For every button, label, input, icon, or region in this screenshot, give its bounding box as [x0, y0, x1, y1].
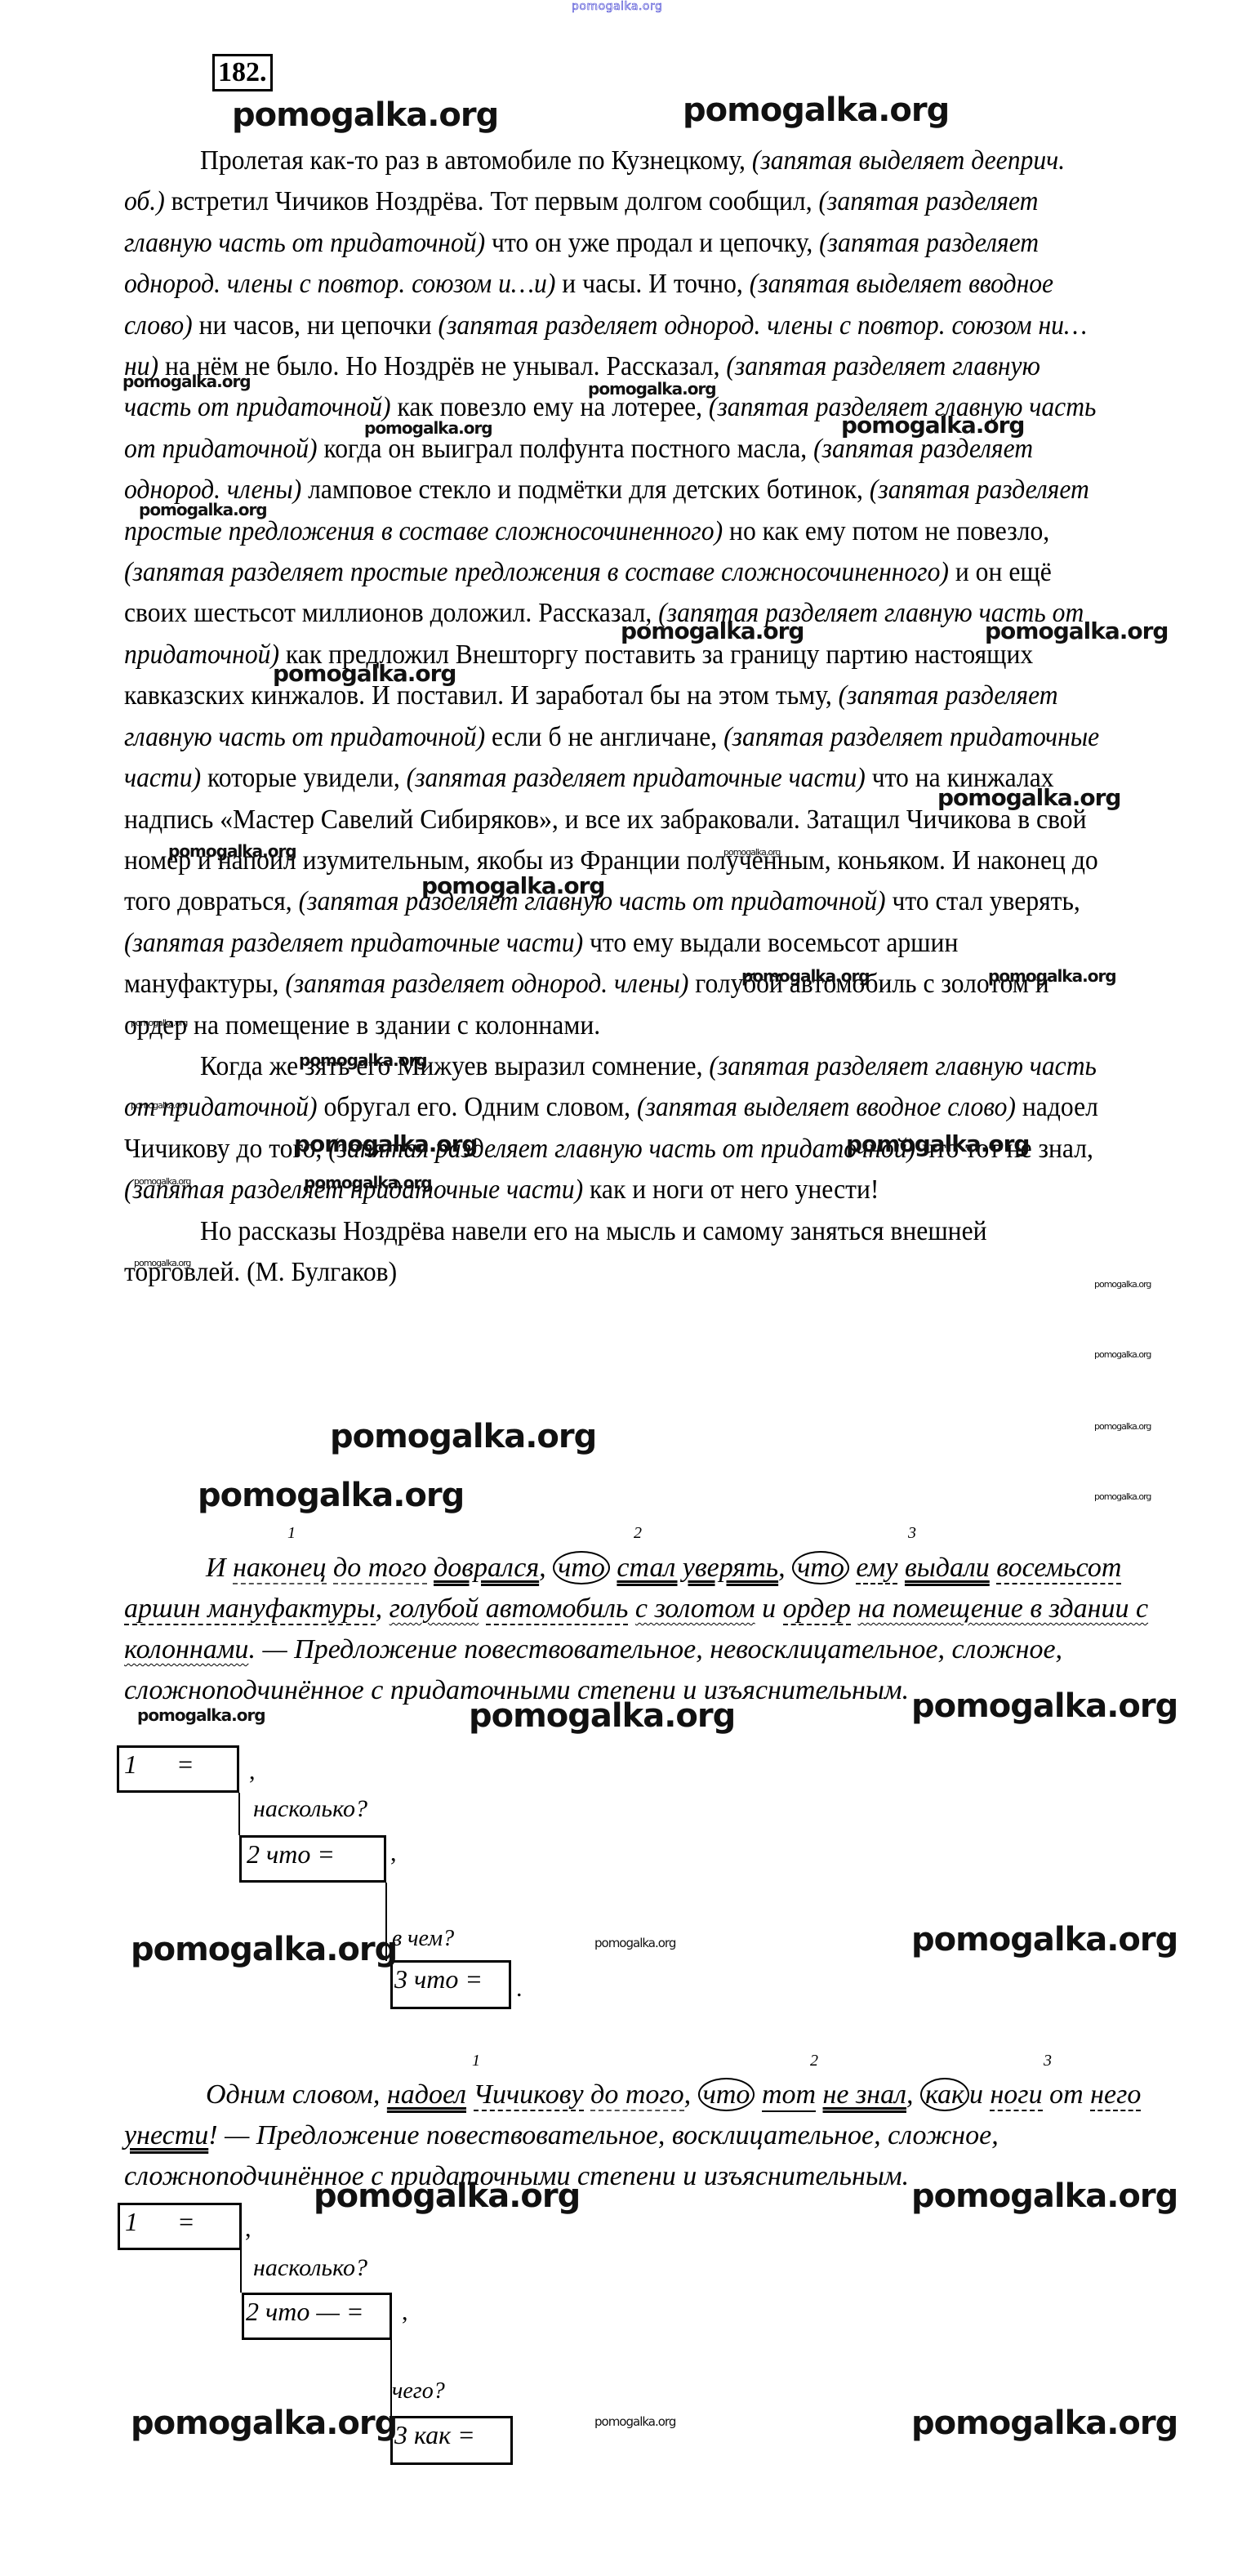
- exercise-number: 182.: [212, 54, 273, 91]
- scheme-question: в чем?: [392, 1926, 454, 1952]
- subject: тот: [762, 2079, 816, 2112]
- clause-index: 3: [908, 1524, 916, 1543]
- watermark: pomogalka.org: [139, 500, 267, 519]
- watermark: pomogalka.org: [1094, 1421, 1151, 1432]
- watermark: pomogalka.org: [741, 966, 870, 986]
- predicate: доврался: [434, 1553, 539, 1583]
- watermark: pomogalka.org: [299, 1050, 427, 1070]
- clause-index: 1: [287, 1524, 296, 1543]
- clause-index: 2: [634, 1524, 642, 1543]
- watermark: pomogalka.org: [911, 2177, 1178, 2215]
- adverbial: наконец: [233, 1553, 326, 1584]
- scheme-box-2: 2 что =: [239, 1835, 386, 1883]
- watermark: pomogalka.org: [621, 617, 804, 644]
- object: автомобиль: [486, 1593, 629, 1625]
- analysis-sentence: И наконец до того доврался, что стал уве…: [124, 1548, 1186, 1711]
- watermark: pomogalka.org: [1094, 1279, 1151, 1290]
- scheme-box-3: 3 как =: [390, 2416, 513, 2465]
- sentence-fragment: [466, 2079, 474, 2110]
- sentence-fragment: [816, 2079, 823, 2110]
- conjunction-circled: что: [553, 1551, 610, 1584]
- watermark: pomogalka.org: [304, 1173, 432, 1192]
- text-paragraph: Когда же зять его Мижуев выразил сомнени…: [124, 1046, 1104, 1211]
- text-fragment: и часы. И точно,: [555, 269, 749, 299]
- watermark: pomogalka.org: [846, 1130, 1029, 1157]
- conjunction-circled: как: [920, 2078, 969, 2111]
- sentence-fragment: от: [1043, 2079, 1091, 2110]
- sentence-fragment: .: [248, 1634, 256, 1665]
- watermark: pomogalka.org: [1094, 1491, 1151, 1502]
- watermark: pomogalka.org: [841, 412, 1024, 439]
- watermark: pomogalka.org: [294, 1130, 477, 1157]
- scheme-period: .: [516, 1975, 523, 2003]
- text-fragment: когда он выиграл полфунта постного масла…: [318, 434, 814, 464]
- predicate: надоел: [387, 2079, 466, 2110]
- object: ноги: [990, 2079, 1042, 2111]
- sentence-fragment: ,: [778, 1553, 792, 1583]
- punctuation-note: (запятая выделяет вводное слово): [637, 1092, 1016, 1122]
- text-fragment: Пролетая как-то раз в автомобиле по Кузн…: [200, 145, 752, 176]
- text-fragment: встретил Чичиков Ноздрёва. Тот первым до…: [165, 186, 819, 216]
- scheme-box-3: 3 что =: [390, 1960, 511, 2009]
- sentence-fragment: [479, 1593, 486, 1624]
- scheme-question: насколько?: [253, 2254, 367, 2282]
- text-fragment: если б не англичане,: [485, 722, 723, 752]
- watermark: pomogalka.org: [937, 784, 1120, 811]
- predicate: стал уверять: [617, 1553, 778, 1583]
- sentence-fragment: ,: [376, 1593, 390, 1624]
- sentence-fragment: ,: [906, 2079, 920, 2110]
- punctuation-note: (запятая разделяет придаточные части): [407, 763, 866, 793]
- watermark: pomogalka.org: [364, 418, 492, 438]
- sentence-fragment: [628, 1593, 635, 1624]
- sentence-fragment: [327, 1553, 334, 1583]
- scheme-comma: ,: [249, 1758, 256, 1785]
- scheme-connector: [238, 1793, 240, 1835]
- watermark: pomogalka.org: [134, 1258, 190, 1268]
- sentence-fragment: и: [969, 2079, 991, 2110]
- sentence-fragment: ,: [684, 2079, 698, 2110]
- text-fragment: что он уже продал и цепочку,: [485, 228, 819, 258]
- attribute: с золотом: [635, 1593, 755, 1624]
- adverbial: до того: [590, 2079, 684, 2111]
- sentence-fragment: !: [208, 2120, 217, 2150]
- scheme-connector: [240, 2250, 242, 2293]
- watermark: pomogalka.org: [131, 1931, 397, 1968]
- watermark: pomogalka.org: [588, 379, 716, 399]
- text-fragment: Но рассказы Ноздрёва навели его на мысль…: [124, 1216, 987, 1287]
- watermark: pomogalka.org: [911, 1687, 1178, 1725]
- punctuation-note: (запятая разделяет однород. члены): [285, 969, 688, 999]
- watermark: pomogalka.org: [985, 617, 1168, 644]
- conjunction-circled: что: [698, 2078, 755, 2111]
- watermark: pomogalka.org: [273, 660, 456, 687]
- scheme-question: насколько?: [253, 1795, 367, 1823]
- object: ему: [856, 1553, 897, 1584]
- text-paragraph: Но рассказы Ноздрёва навели его на мысль…: [124, 1211, 1104, 1294]
- watermark: pomogalka.org: [122, 372, 251, 391]
- sentence-fragment: [990, 1553, 997, 1583]
- watermark: pomogalka.org: [421, 872, 604, 899]
- sentence-fragment: ,: [539, 1553, 553, 1583]
- text-fragment: ламповое стекло и подмётки для детских б…: [301, 475, 870, 505]
- text-paragraph: Пролетая как-то раз в автомобиле по Кузн…: [124, 140, 1104, 1046]
- predicate: унести: [124, 2120, 208, 2150]
- text-fragment: что стал уверять,: [886, 886, 1080, 916]
- exercise-text: Пролетая как-то раз в автомобиле по Кузн…: [124, 140, 1104, 1293]
- predicate: не знал: [823, 2079, 906, 2110]
- watermark: pomogalka.org: [131, 2404, 397, 2442]
- watermark: pomogalka.org: [683, 91, 949, 129]
- watermark: pomogalka.org: [137, 1705, 265, 1725]
- clause-index: 1: [472, 2052, 480, 2070]
- text-fragment: как и ноги от него унести!: [583, 1174, 879, 1205]
- watermark: pomogalka.org: [594, 2414, 675, 2429]
- sentence-fragment: Одним словом,: [206, 2079, 387, 2110]
- watermark: pomogalka.org: [911, 1921, 1178, 1959]
- watermark: pomogalka.org: [594, 1936, 675, 1950]
- watermark: pomogalka.org: [232, 96, 498, 134]
- watermark: pomogalka.org: [911, 2404, 1178, 2442]
- sentence-fragment: [427, 1553, 434, 1583]
- watermark: pomogalka.org: [198, 1477, 464, 1514]
- object: него: [1090, 2079, 1141, 2111]
- scheme-comma: ,: [402, 2298, 408, 2326]
- predicate: выдали: [905, 1553, 990, 1583]
- watermark: pomogalka.org: [1094, 1349, 1151, 1360]
- sentence-fragment: [755, 2079, 762, 2110]
- watermark: pomogalka.org: [168, 841, 296, 861]
- watermark: pomogalka.org: [314, 2177, 580, 2215]
- scheme-comma: ,: [245, 2215, 252, 2243]
- adverbial: до того: [333, 1553, 427, 1584]
- sentence-fragment: и: [755, 1593, 783, 1624]
- punctuation-note: (запятая разделяет простые предложения в…: [124, 557, 949, 587]
- scheme-box-1: 1 =: [118, 2203, 242, 2250]
- text-fragment: которые увидели,: [201, 763, 407, 793]
- scheme-box-1: 1 =: [117, 1745, 239, 1793]
- header-watermark: pomogalka.org: [572, 0, 662, 13]
- clause-index: 2: [810, 2052, 818, 2070]
- punctuation-note: (запятая разделяет придаточные части): [124, 928, 583, 958]
- text-fragment: обругал его. Одним словом,: [318, 1092, 637, 1122]
- watermark: pomogalka.org: [131, 1018, 187, 1028]
- scheme-question: чего?: [392, 2378, 445, 2404]
- text-fragment: Когда же зять его Мижуев выразил сомнени…: [200, 1051, 709, 1081]
- attribute: голубой: [390, 1593, 479, 1624]
- sentence-fragment: [584, 2079, 591, 2110]
- text-fragment: ни часов, ни цепочки: [193, 310, 439, 341]
- watermark: pomogalka.org: [330, 1418, 596, 1455]
- scheme-box-2: 2 что — =: [242, 2293, 392, 2340]
- watermark: pomogalka.org: [988, 966, 1116, 986]
- watermark: pomogalka.org: [131, 1100, 187, 1111]
- sentence-fragment: [897, 1553, 905, 1583]
- text-fragment: но как ему потом не повезло,: [723, 516, 1049, 546]
- watermark: pomogalka.org: [469, 1697, 735, 1735]
- scheme-comma: ,: [390, 1839, 397, 1867]
- sentence-fragment: И: [206, 1553, 233, 1583]
- conjunction-circled: что: [792, 1551, 849, 1584]
- object: Чичикову: [474, 2079, 584, 2111]
- watermark: pomogalka.org: [723, 847, 780, 858]
- object: ордер: [783, 1593, 851, 1625]
- clause-index: 3: [1044, 2052, 1052, 2070]
- watermark: pomogalka.org: [134, 1176, 190, 1187]
